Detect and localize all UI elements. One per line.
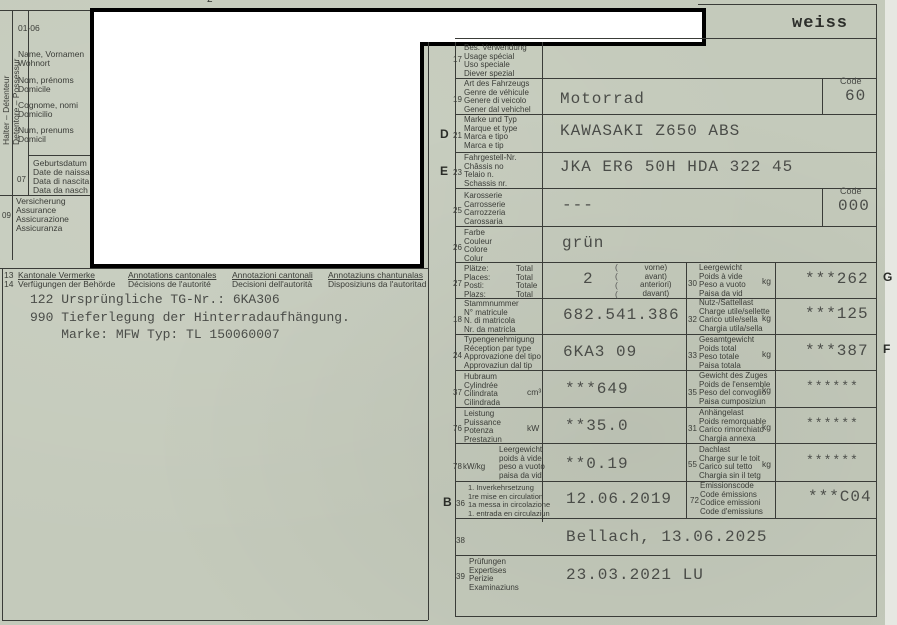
matriculation-label: StammnummerN° matriculeN. di matricolaNr… <box>464 300 519 334</box>
empty-weight-unit: kg <box>762 277 771 286</box>
towing-weight-value: ****** <box>806 416 859 431</box>
vehicle-type-code: 60 <box>845 87 866 105</box>
matriculation-value: 682.541.386 <box>563 306 680 324</box>
roof-load-unit: kg <box>762 460 771 469</box>
field-num-72: 72 <box>690 496 699 505</box>
displacement-value: ***649 <box>565 380 629 398</box>
body-code: 000 <box>838 197 870 215</box>
roof-load-label: DachlastCharge sur le toitCarico sul tet… <box>699 446 761 480</box>
field-num-18: 18 <box>453 315 462 324</box>
field-num-17: 17 <box>453 55 462 64</box>
field-num-39: 39 <box>456 572 465 581</box>
field-num-27: 27 <box>453 279 462 288</box>
power-unit: kW <box>527 424 539 433</box>
emission-code-value: ***C04 <box>808 488 872 506</box>
field-num-78: 78 <box>453 462 462 471</box>
paper-edge <box>885 0 897 625</box>
train-weight-value: ****** <box>806 379 859 394</box>
emission-code-label: EmissionscodeCode émissionsCodice emissi… <box>700 482 763 516</box>
vehicle-type-code-label: Code <box>840 76 862 86</box>
color-value: grün <box>562 234 604 252</box>
letter-f: F <box>883 342 890 356</box>
field-num-38: 38 <box>456 536 465 545</box>
decisions-header-it: Decisioni dell'autorità <box>232 280 312 290</box>
field-num-31: 31 <box>688 424 697 433</box>
annotation-num-14: 14 <box>4 280 13 290</box>
page-number: 2 <box>207 0 213 5</box>
first-registration-label: 1. Inverkehrsetzung1re mise en circulati… <box>468 484 550 518</box>
inspections-value: 23.03.2021 LU <box>566 566 704 584</box>
towing-weight-label: AnhängelastPoids remorquableCarico rimor… <box>699 409 766 443</box>
power-weight-label: Leergewichtpoids à videpeso a vuotopaisa… <box>499 446 545 480</box>
decisions-header-rm: Disposiziuns da l'autoritad <box>328 280 426 290</box>
field-num-26: 26 <box>453 243 462 252</box>
towing-weight-unit: kg <box>762 423 771 432</box>
color-top-value: weiss <box>792 14 848 33</box>
annotation-line-1: 122 Ursprüngliche TG-Nr.: 6KA306 <box>30 292 280 307</box>
field-num-24: 24 <box>453 351 462 360</box>
holder-vertical-label: Halter – Détenteur <box>2 15 11 145</box>
chassis-value: JKA ER6 50H HDA 322 45 <box>560 158 793 176</box>
seats-label: Plätze:Places:Posti:Plazs: <box>464 265 490 299</box>
roof-load-value: ****** <box>806 453 859 468</box>
make-type-value: KAWASAKI Z650 ABS <box>560 122 740 140</box>
total-weight-value: ***387 <box>805 342 869 360</box>
field-num-55: 55 <box>688 460 697 469</box>
decisions-header-fr: Décisions de l'autorité <box>128 280 211 290</box>
first-registration-value: 12.06.2019 <box>566 490 672 508</box>
holder-name-label-fr: Nom, prénomsDomicile <box>18 76 74 94</box>
total-weight-unit: kg <box>762 350 771 359</box>
field-num-37: 37 <box>453 388 462 397</box>
letter-b: B <box>443 495 452 509</box>
payload-value: ***125 <box>805 305 869 323</box>
field-num-19: 19 <box>453 95 462 104</box>
redaction-border <box>420 42 702 46</box>
letter-d: D <box>440 127 449 141</box>
empty-weight-label: LeergewichtPoids à videPeso a vuotoPaisa… <box>699 264 746 298</box>
total-weight-label: GesamtgewichtPoids totalPeso totalePaisa… <box>699 336 754 370</box>
letter-g: G <box>883 270 892 284</box>
issue-place-date-value: Bellach, 13.06.2025 <box>566 528 767 546</box>
field-num-09: 09 <box>2 211 11 220</box>
vehicle-type-label: Art des FahrzeugsGenre de véhiculeGenere… <box>464 80 531 114</box>
field-num-23: 23 <box>453 168 462 177</box>
payload-label: Nutz-/SattellastCharge utile/selletteCar… <box>699 299 770 333</box>
chassis-label: Fahrgestell-Nr.Châssis noTelaio n.Schass… <box>464 154 516 188</box>
type-approval-value: 6KA3 09 <box>563 343 637 361</box>
body-code-label: Code <box>840 186 862 196</box>
special-use-label: Bes. VerwendungUsage spécialUso speciale… <box>464 44 527 78</box>
holder-name-label-it: Cognome, nomiDomicilio <box>18 101 78 119</box>
decisions-header-de: Verfügungen der Behörde <box>18 280 115 290</box>
field-num-07: 07 <box>17 175 26 184</box>
annotation-line-2: 990 Tieferlegung der Hinterradaufhängung… <box>30 310 350 325</box>
field-num-25: 25 <box>453 206 462 215</box>
field-num-35: 35 <box>688 388 697 397</box>
seats-bracket: (((( <box>615 263 618 299</box>
power-value: **35.0 <box>565 417 629 435</box>
displacement-unit: cm³ <box>527 388 541 397</box>
field-num-33: 33 <box>688 351 697 360</box>
displacement-label: HubraumCylindréeCilindrataCilindrada <box>464 373 500 407</box>
field-num-21: 21 <box>453 131 462 140</box>
empty-weight-value: ***262 <box>805 270 869 288</box>
body-value: --- <box>562 196 594 214</box>
power-weight-unit: kW/kg <box>463 462 485 471</box>
field-num-32: 32 <box>688 315 697 324</box>
payload-unit: kg <box>762 314 771 323</box>
make-type-label: Marke und TypMarque et typeMarca e tipoM… <box>464 116 517 150</box>
power-weight-value: **0.19 <box>565 455 629 473</box>
redacted-holder-info-lower <box>90 42 424 268</box>
vehicle-type-value: Motorrad <box>560 90 645 108</box>
power-label: LeistungPuissancePotenzaPrestaziun <box>464 410 502 444</box>
seats-total-label: TotalTotalTotaleTotal <box>516 265 537 299</box>
inspections-label: PrüfungenExpertisesPerizieExaminaziuns <box>469 558 519 592</box>
annotation-line-3: Marke: MFW Typ: TL 150060007 <box>30 327 280 342</box>
seats-front-label: vorne)avant)anteriori)davant) <box>640 264 672 298</box>
type-approval-label: TypengenehmigungRéception par typeApprov… <box>464 336 541 370</box>
letter-e: E <box>440 164 448 178</box>
field-num-76: 76 <box>453 424 462 433</box>
color-label: FarbeCouleurColoreColur <box>464 229 492 263</box>
train-weight-label: Gewicht des ZugesPoids de l'ensemblePeso… <box>699 372 770 406</box>
body-label: KarosserieCarrosserieCarrozzeriaCarossar… <box>464 192 505 226</box>
insurance-label: VersicherungAssuranceAssicurazioneAssicu… <box>16 197 69 233</box>
field-num-30: 30 <box>688 279 697 288</box>
train-weight-unit: kg <box>762 386 771 395</box>
holder-name-label-rm: Num, prenumsDomicil <box>18 126 74 144</box>
vehicle-registration-page: 2 01-06 Halter – Détenteur Detentore – P… <box>0 0 897 625</box>
holder-section-code: 01-06 <box>18 24 40 33</box>
holder-name-label-de: Name, VornamenWohnort <box>18 50 84 68</box>
seats-value: 2 <box>583 270 594 288</box>
field-num-36: 36 <box>456 499 465 508</box>
